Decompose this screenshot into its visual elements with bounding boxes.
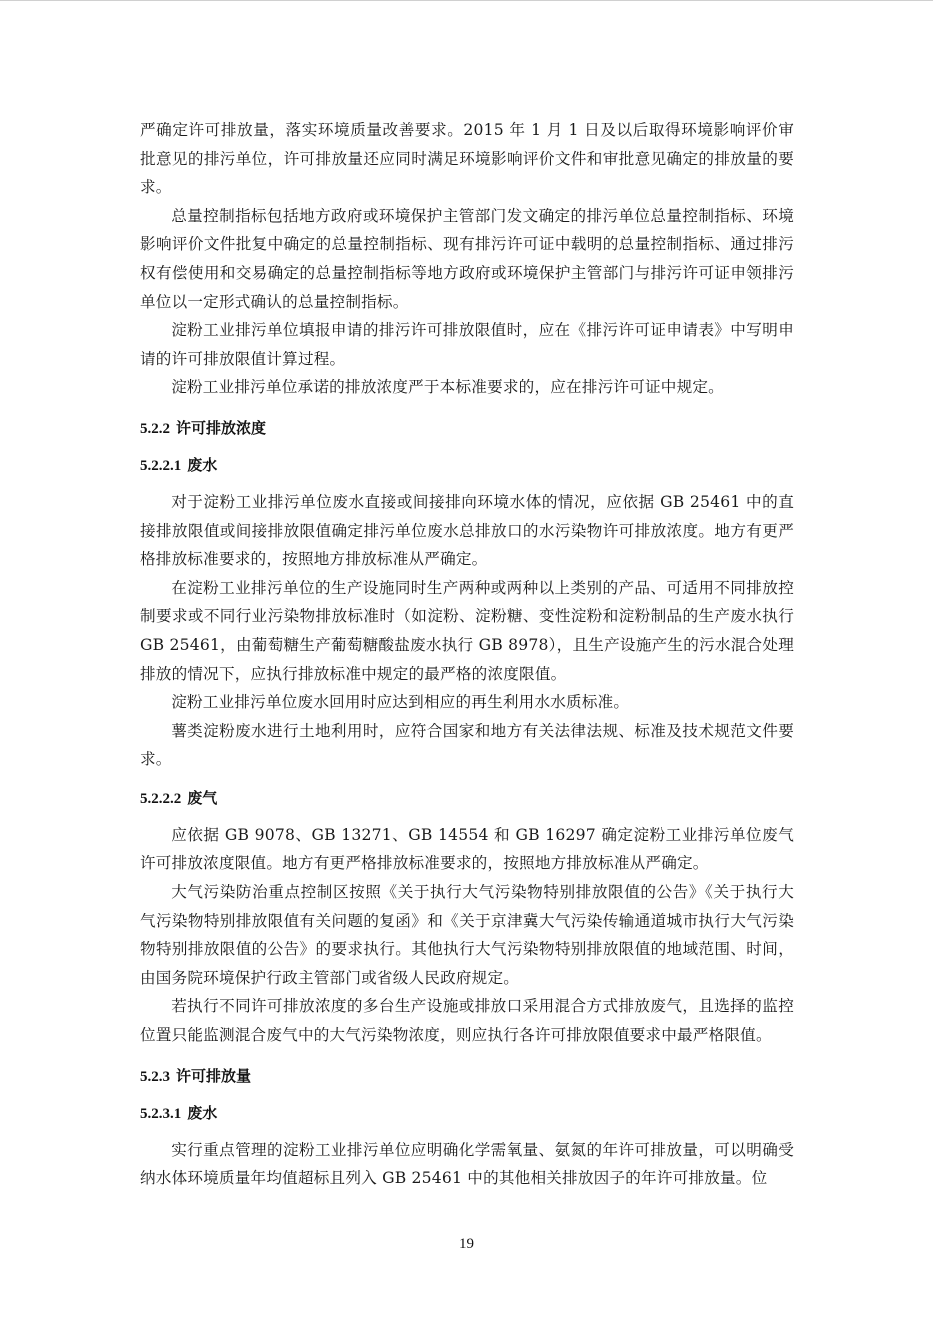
document-page-body: 严确定许可排放量，落实环境质量改善要求。2015 年 1 月 1 日及以后取得环… [140, 116, 794, 1193]
page-top-border [0, 0, 933, 1]
page-number: 19 [0, 1236, 933, 1253]
paragraph: 淀粉工业排污单位填报申请的排污许可排放限值时，应在《排污许可证申请表》中写明申请… [140, 316, 794, 373]
paragraph: 在淀粉工业排污单位的生产设施同时生产两种或两种以上类别的产品、可适用不同排放控制… [140, 574, 794, 688]
section-title: 废气 [187, 789, 217, 807]
section-title: 废水 [187, 1104, 217, 1122]
paragraph: 淀粉工业排污单位废水回用时应达到相应的再生利用水水质标准。 [140, 688, 794, 717]
section-heading-5-2-3-1: 5.2.3.1废水 [140, 1099, 794, 1128]
paragraph: 淀粉工业排污单位承诺的排放浓度严于本标准要求的，应在排污许可证中规定。 [140, 373, 794, 402]
section-title: 废水 [187, 456, 217, 474]
section-number: 5.2.2.2 [140, 791, 181, 807]
paragraph: 若执行不同许可排放浓度的多台生产设施或排放口采用混合方式排放废气，且选择的监控位… [140, 992, 794, 1049]
section-number: 5.2.3 [140, 1069, 170, 1085]
section-title: 许可排放浓度 [176, 419, 266, 437]
paragraph: 应依据 GB 9078、GB 13271、GB 14554 和 GB 16297… [140, 821, 794, 878]
section-number: 5.2.2 [140, 421, 170, 437]
paragraph: 实行重点管理的淀粉工业排污单位应明确化学需氧量、氨氮的年许可排放量，可以明确受纳… [140, 1136, 794, 1193]
paragraph: 总量控制指标包括地方政府或环境保护主管部门发文确定的排污单位总量控制指标、环境影… [140, 202, 794, 316]
paragraph: 大气污染防治重点控制区按照《关于执行大气污染物特别排放限值的公告》《关于执行大气… [140, 878, 794, 992]
paragraph: 薯类淀粉废水进行土地利用时，应符合国家和地方有关法律法规、标准及技术规范文件要求… [140, 717, 794, 774]
section-heading-5-2-2-1: 5.2.2.1废水 [140, 451, 794, 480]
section-title: 许可排放量 [176, 1067, 251, 1085]
paragraph: 严确定许可排放量，落实环境质量改善要求。2015 年 1 月 1 日及以后取得环… [140, 116, 794, 202]
paragraph: 对于淀粉工业排污单位废水直接或间接排向环境水体的情况，应依据 GB 25461 … [140, 488, 794, 574]
section-number: 5.2.2.1 [140, 458, 181, 474]
section-heading-5-2-2-2: 5.2.2.2废气 [140, 784, 794, 813]
section-heading-5-2-3: 5.2.3许可排放量 [140, 1062, 794, 1091]
section-heading-5-2-2: 5.2.2许可排放浓度 [140, 414, 794, 443]
section-number: 5.2.3.1 [140, 1106, 181, 1122]
